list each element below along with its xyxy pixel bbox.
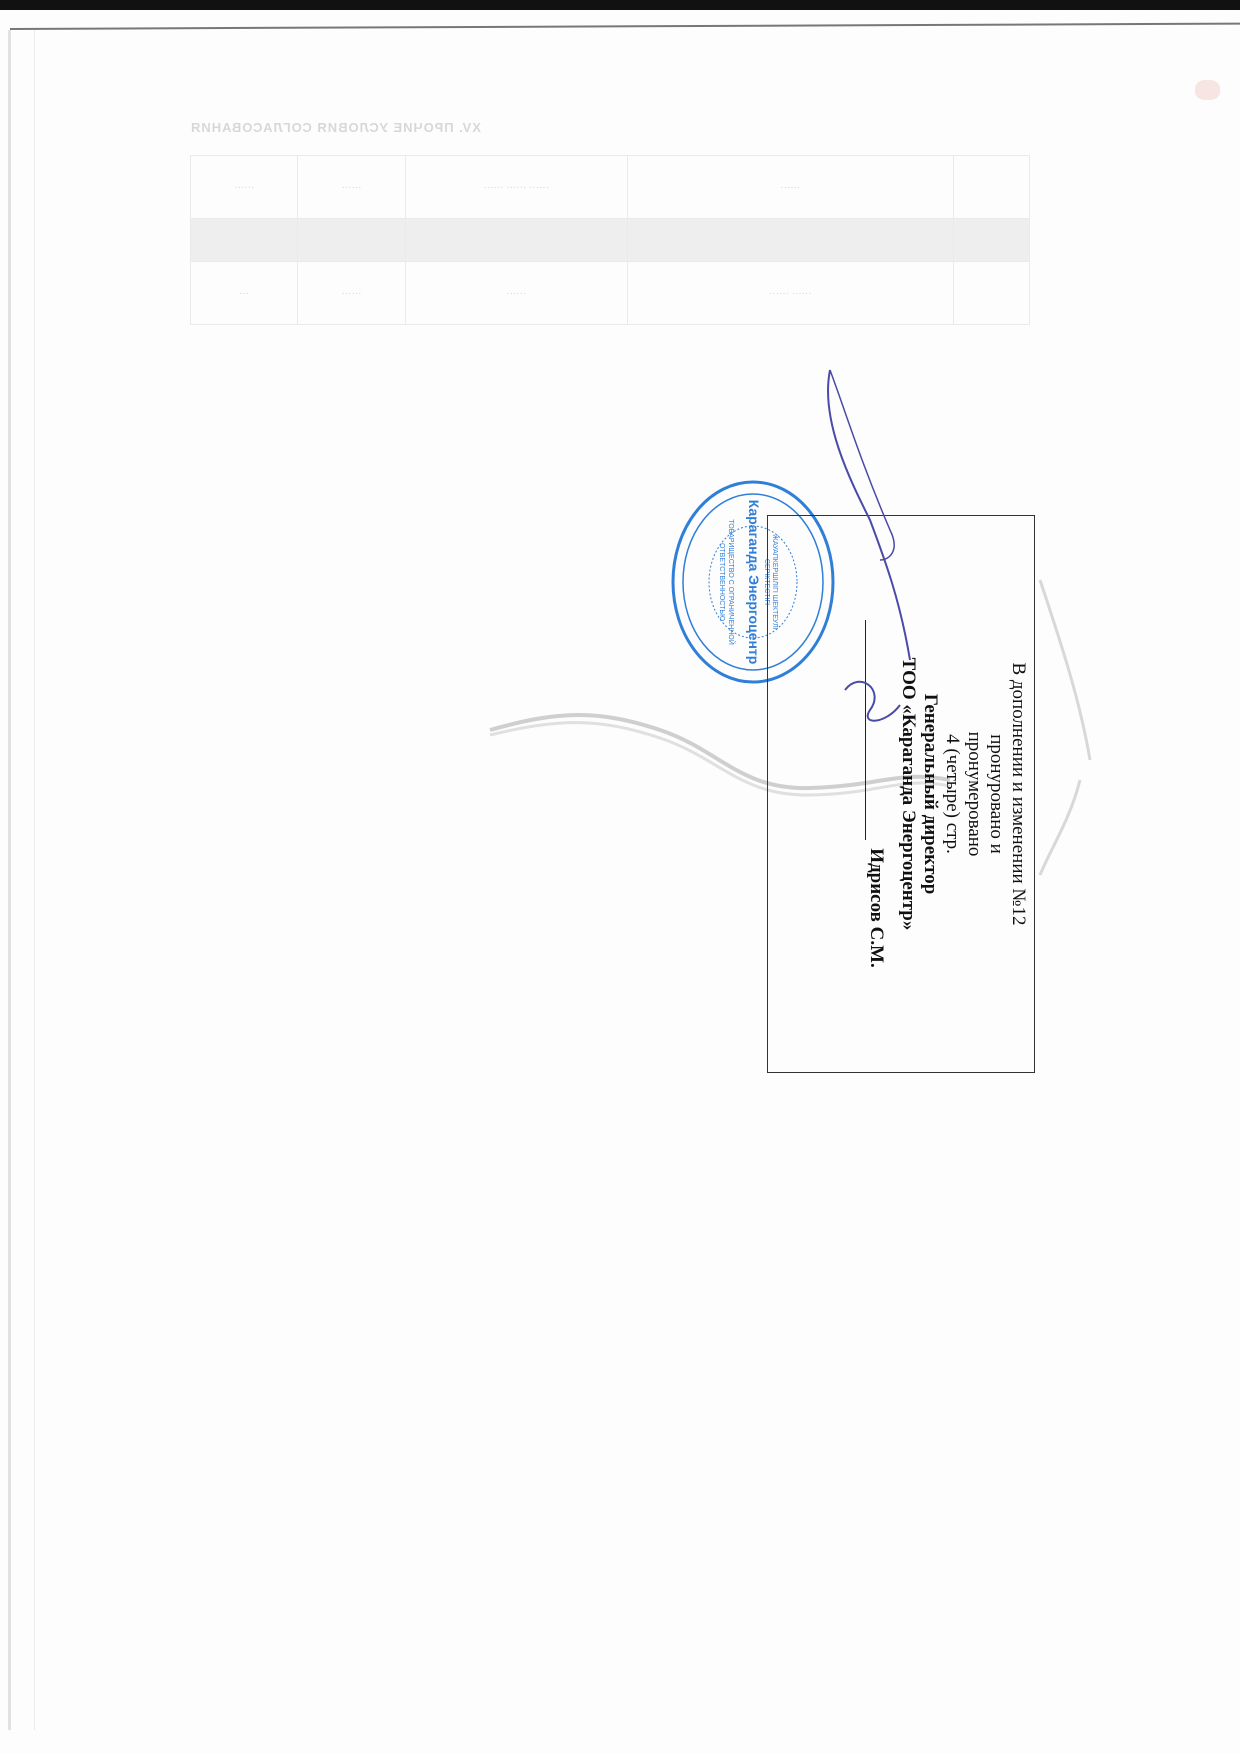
scan-page-edge <box>10 23 1240 30</box>
bleed-through-table: XV. ПРОЧИЕ УСЛОВИЯ СОГЛАСОВАНИЯ ········… <box>190 120 1030 375</box>
stain-mark <box>1195 80 1220 100</box>
cert-line-pages: 4 (четыре) стр. <box>941 515 963 1073</box>
svg-text:ОТВЕТСТВЕННОСТЬЮ: ОТВЕТСТВЕННОСТЬЮ <box>718 543 725 621</box>
cert-line-numbered: пронумеровано <box>963 515 985 1073</box>
cert-line-laced: пронуровано и <box>985 515 1007 1073</box>
svg-text:Караганда Энергоцентр: Караганда Энергоцентр <box>746 500 762 665</box>
bleed-through-grid: ············ ······ ·················· ·… <box>190 155 1030 325</box>
signatory-name: Идрисов С.М. <box>865 848 887 968</box>
svg-text:ТОВАРИЩЕСТВО С ОГРАНИЧЕННОЙ: ТОВАРИЩЕСТВО С ОГРАНИЧЕННОЙ <box>727 519 736 644</box>
scan-left-edge-inner <box>34 30 35 1730</box>
scan-left-edge <box>8 30 11 1730</box>
cert-line-amendment: В дополнении и изменении №12 <box>1007 515 1035 1073</box>
bleed-through-title: XV. ПРОЧИЕ УСЛОВИЯ СОГЛАСОВАНИЯ <box>190 120 481 135</box>
handwritten-signature <box>790 360 940 740</box>
scan-top-border <box>0 0 1240 10</box>
